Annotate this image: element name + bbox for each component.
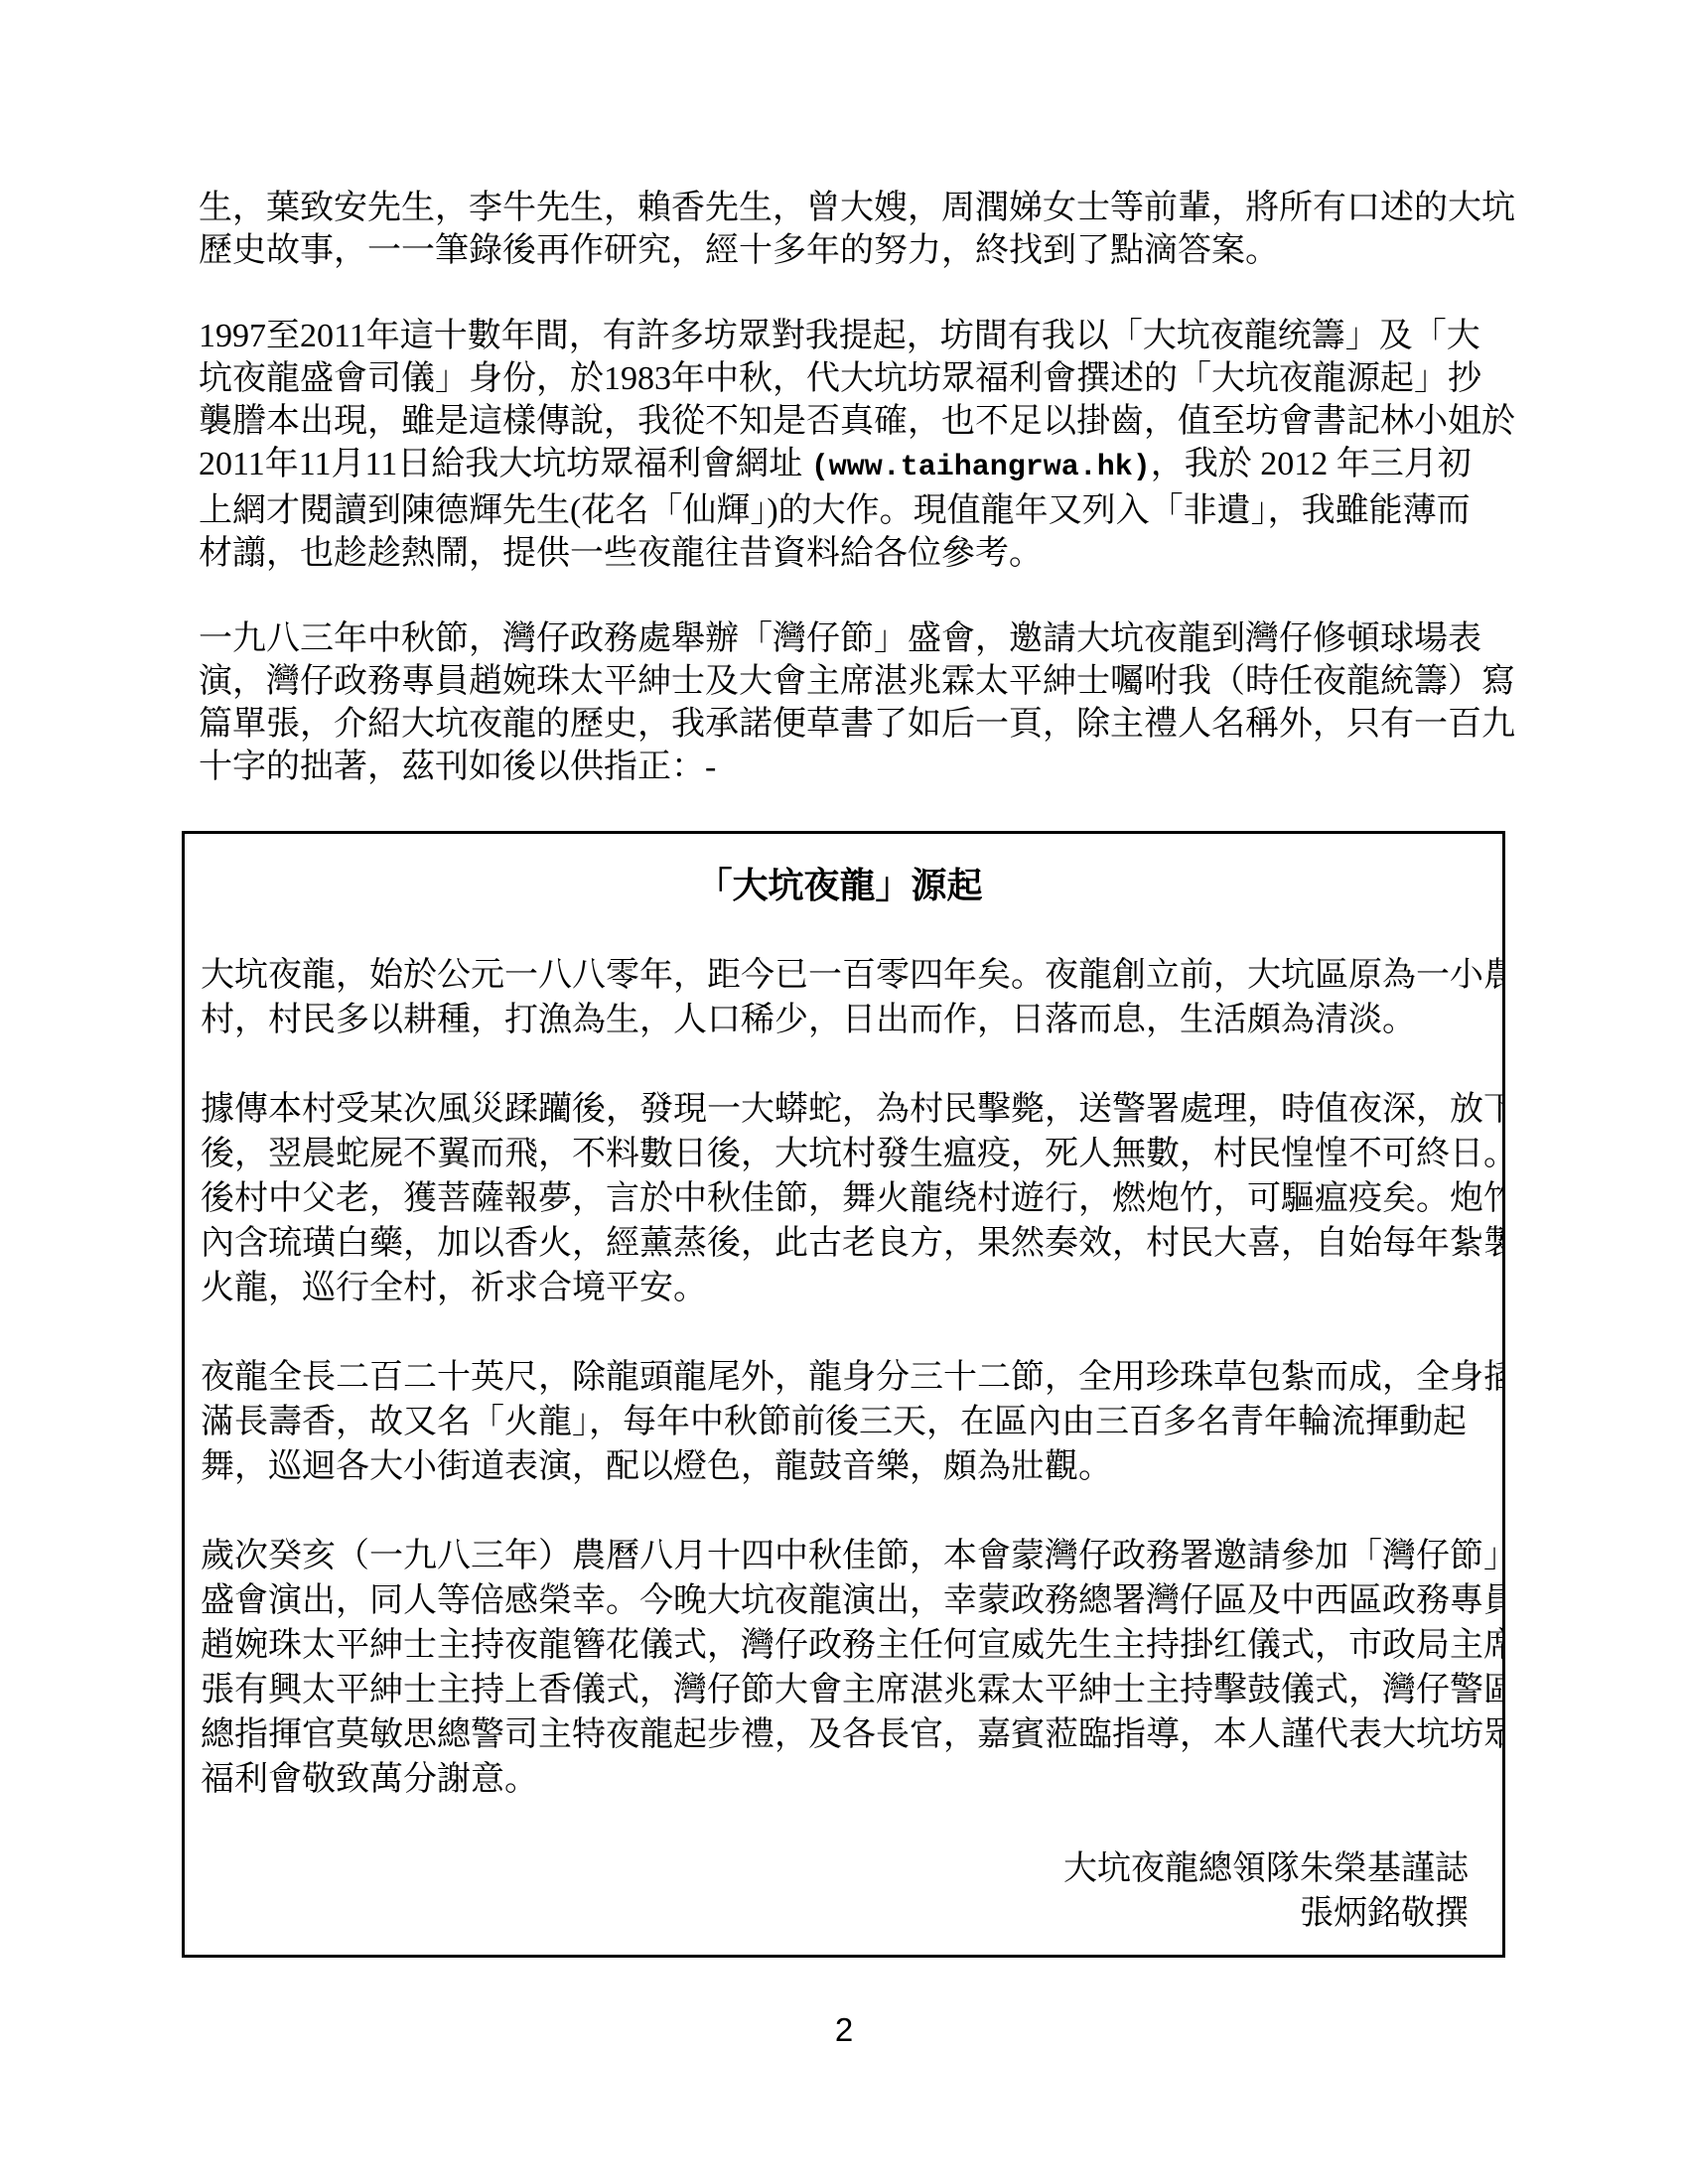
website-url: (www.taihangrwa.hk) bbox=[811, 451, 1151, 484]
text-line: 村，村民多以耕種，打漁為生，人口稀少，日出而作，日落而息，生活頗為清淡。 bbox=[201, 998, 1478, 1042]
text-line: 歲次癸亥（一九八三年）農曆八月十四中秋佳節，本會蒙灣仔政務署邀請參加「灣仔節」 bbox=[201, 1534, 1478, 1578]
box-paragraph-2: 據傳本村受某次風災蹂躪後，發現一大蟒蛇，為村民擊斃，送警署處理，時值夜深，放下 … bbox=[201, 1087, 1478, 1310]
box-paragraph-1: 大坑夜龍，始於公元一八八零年，距今已一百零四年矣。夜龍創立前，大坑區原為一小農 … bbox=[201, 953, 1478, 1042]
text-line: 襲謄本出現，雖是這樣傳說，我從不知是否真確，也不足以掛齒，值至坊會書記林小姐於 bbox=[199, 400, 1499, 443]
text-line-with-url: 2011年11月11日給我大坑坊眾福利會網址 (www.taihangrwa.h… bbox=[199, 443, 1499, 489]
text-line: 演，灣仔政務專員趙婉珠太平紳士及大會主席湛兆霖太平紳士囑咐我（時任夜龍統籌）寫 bbox=[199, 660, 1499, 703]
box-title: 「大坑夜龍」源起 bbox=[201, 864, 1478, 908]
text-line: 材譾，也趁趁熱鬧，提供一些夜龍往昔資料給各位參考。 bbox=[199, 532, 1499, 575]
text-line: 火龍，巡行全村，祈求合境平安。 bbox=[201, 1266, 1478, 1310]
text-line: 十字的拙著，茲刊如後以供指正：- bbox=[199, 746, 1499, 788]
text-line: 上網才閱讀到陳德輝先生(花名「仙輝」)的大作。現值龍年又列入「非遺」，我雖能薄而 bbox=[199, 489, 1499, 532]
document-page: 生，葉致安先生，李牛先生，賴香先生，曾大嫂，周潤娣女士等前輩，將所有口述的大坑 … bbox=[0, 0, 1688, 2184]
paragraph-3: 一九八三年中秋節，灣仔政務處舉辦「灣仔節」盛會，邀請大坑夜龍到灣仔修頓球場表 演… bbox=[199, 617, 1499, 788]
text-line: 總指揮官莫敏思總警司主特夜龍起步禮，及各長官，嘉賓蒞臨指導，本人謹代表大坑坊眾 bbox=[201, 1712, 1478, 1757]
text-line: 一九八三年中秋節，灣仔政務處舉辦「灣仔節」盛會，邀請大坑夜龍到灣仔修頓球場表 bbox=[199, 617, 1499, 660]
text-line: 1997至2011年這十數年間，有許多坊眾對我提起，坊間有我以「大坑夜龍统籌」及… bbox=[199, 315, 1499, 357]
text-line: 滿長壽香，故又名「火龍」，每年中秋節前後三天，在區內由三百多名青年輪流揮動起 bbox=[201, 1400, 1478, 1444]
signature-line: 大坑夜龍總領隊朱榮基謹誌 bbox=[201, 1846, 1478, 1891]
signature-line: 張炳銘敬撰 bbox=[201, 1891, 1478, 1936]
text-line: 內含琉璜白藥，加以香火，經薰蒸後，此古老良方，果然奏效，村民大喜，自始每年紮製 bbox=[201, 1221, 1478, 1266]
paragraph-2: 1997至2011年這十數年間，有許多坊眾對我提起，坊間有我以「大坑夜龍统籌」及… bbox=[199, 315, 1499, 575]
text-line: 後村中父老，獲菩薩報夢，言於中秋佳節，舞火龍绕村遊行，燃炮竹，可驅瘟疫矣。炮竹 bbox=[201, 1176, 1478, 1221]
page-number: 2 bbox=[0, 2011, 1688, 2049]
text-line: 歷史故事，一一筆錄後再作研究，經十多年的努力，終找到了點滴答案。 bbox=[199, 229, 1499, 272]
text-line: 篇單張，介紹大坑夜龍的歷史，我承諾便草書了如后一頁，除主禮人名稱外，只有一百九 bbox=[199, 703, 1499, 746]
url-line-suffix: ，我於 2012 年三月初 bbox=[1151, 446, 1472, 482]
text-line: 福利會敬致萬分謝意。 bbox=[201, 1757, 1478, 1802]
text-line: 坑夜龍盛會司儀」身份，於1983年中秋，代大坑坊眾福利會撰述的「大坑夜龍源起」抄 bbox=[199, 357, 1499, 400]
url-line-prefix: 2011年11月11日給我大坑坊眾福利會網址 bbox=[199, 446, 811, 482]
page-body-text: 生，葉致安先生，李牛先生，賴香先生，曾大嫂，周潤娣女士等前輩，將所有口述的大坑 … bbox=[199, 187, 1499, 1958]
box-paragraph-3: 夜龍全長二百二十英尺，除龍頭龍尾外，龍身分三十二節，全用珍珠草包紮而成，全身插 … bbox=[201, 1355, 1478, 1489]
text-line: 後，翌晨蛇屍不翼而飛，不料數日後，大坑村發生瘟疫，死人無數，村民惶惶不可終日。 bbox=[201, 1132, 1478, 1176]
text-line: 盛會演出，同人等倍感榮幸。今晚大坑夜龍演出，幸蒙政務總署灣仔區及中西區政務專員 bbox=[201, 1578, 1478, 1623]
paragraph-1: 生，葉致安先生，李牛先生，賴香先生，曾大嫂，周潤娣女士等前輩，將所有口述的大坑 … bbox=[199, 187, 1499, 272]
text-line: 趙婉珠太平紳士主持夜龍簪花儀式，灣仔政務主任何宣威先生主持掛红儀式，市政局主席 bbox=[201, 1623, 1478, 1668]
origin-article-content: 「大坑夜龍」源起 大坑夜龍，始於公元一八八零年，距今已一百零四年矣。夜龍創立前，… bbox=[201, 864, 1478, 1936]
text-line: 張有興太平紳士主持上香儀式，灣仔節大會主席湛兆霖太平紳士主持擊鼓儀式，灣仔警區 bbox=[201, 1668, 1478, 1712]
text-line: 據傳本村受某次風災蹂躪後，發現一大蟒蛇，為村民擊斃，送警署處理，時值夜深，放下 bbox=[201, 1087, 1478, 1132]
text-line: 大坑夜龍，始於公元一八八零年，距今已一百零四年矣。夜龍創立前，大坑區原為一小農 bbox=[201, 953, 1478, 998]
box-paragraph-4: 歲次癸亥（一九八三年）農曆八月十四中秋佳節，本會蒙灣仔政務署邀請參加「灣仔節」 … bbox=[201, 1534, 1478, 1802]
text-line: 生，葉致安先生，李牛先生，賴香先生，曾大嫂，周潤娣女士等前輩，將所有口述的大坑 bbox=[199, 187, 1499, 229]
origin-article-box: 「大坑夜龍」源起 大坑夜龍，始於公元一八八零年，距今已一百零四年矣。夜龍創立前，… bbox=[182, 831, 1505, 1958]
text-line: 夜龍全長二百二十英尺，除龍頭龍尾外，龍身分三十二節，全用珍珠草包紮而成，全身插 bbox=[201, 1355, 1478, 1400]
text-line: 舞，巡迴各大小街道表演，配以燈色，龍鼓音樂，頗為壯觀。 bbox=[201, 1444, 1478, 1489]
